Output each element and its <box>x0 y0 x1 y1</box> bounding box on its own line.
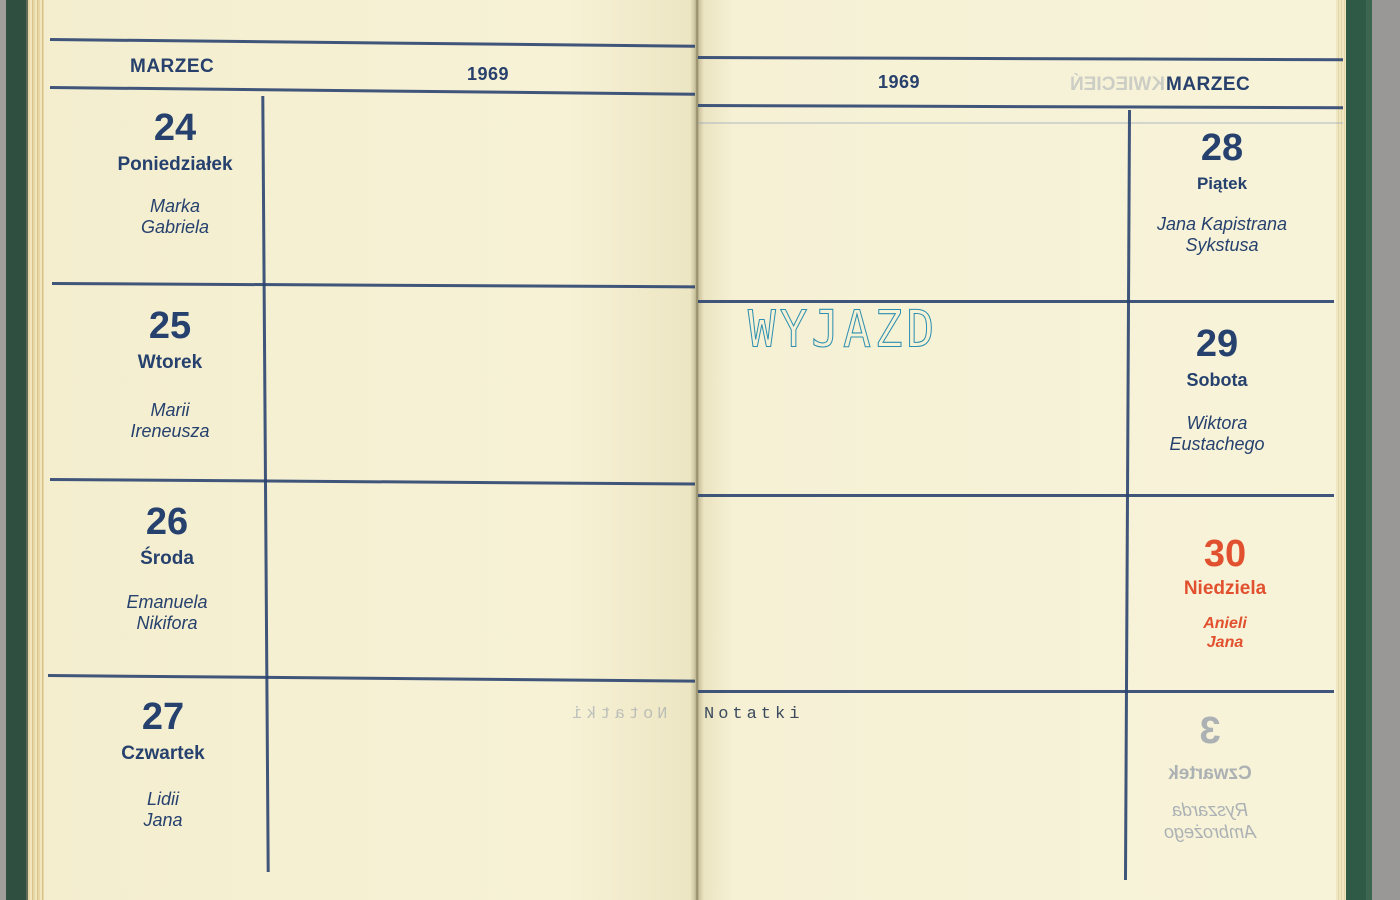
row-rule <box>698 690 1334 693</box>
notes-label-ghost: Notatki <box>568 705 667 724</box>
day-entry-29: 29 Sobota Wiktora Eustachego <box>1117 324 1317 455</box>
ghost-header-text: KWIECIEŃ <box>1070 74 1165 96</box>
saint-name: Lidii <box>147 789 179 809</box>
day-number: 26 <box>67 502 267 542</box>
day-entry-27: 27 Czwartek Lidii Jana <box>63 697 263 831</box>
name-day-saints: Jana Kapistrana Sykstusa <box>1122 214 1322 256</box>
day-number: 29 <box>1117 324 1317 364</box>
day-entry-25: 25 Wtorek Marii Ireneusza <box>70 306 270 442</box>
day-entry-30-sunday: 30 Niedziela Anieli Jana <box>1125 534 1325 652</box>
ghost-day-number: 3 <box>1110 710 1310 753</box>
day-number: 25 <box>70 306 270 346</box>
saint-name: Ireneusza <box>130 421 209 441</box>
book-cover-right <box>1346 0 1400 900</box>
weekday-name: Sobota <box>1117 370 1317 391</box>
day-number: 27 <box>63 697 263 737</box>
weekday-name: Wtorek <box>70 352 270 374</box>
saint-name: Jana Kapistrana <box>1157 214 1287 234</box>
book-gutter <box>690 0 704 900</box>
day-entry-28: 28 Piątek Jana Kapistrana Sykstusa <box>1122 128 1322 256</box>
ghost-saint: Ryszarda <box>1172 800 1248 820</box>
saint-name: Jana <box>1207 634 1243 651</box>
saint-name: Anieli <box>1203 615 1247 632</box>
saint-name: Jana <box>143 810 182 830</box>
left-month-header: MARZEC <box>130 56 214 78</box>
weekday-name: Niedziela <box>1125 578 1325 600</box>
right-month-header: MARZEC <box>1166 74 1250 96</box>
weekday-name: Czwartek <box>63 743 263 765</box>
ghost-weekday: Czwartek <box>1110 763 1310 785</box>
book-cover-left <box>0 0 30 900</box>
day-number: 24 <box>75 108 275 148</box>
weekday-name: Piątek <box>1122 174 1322 194</box>
saint-name: Emanuela <box>126 592 207 612</box>
day-entry-24: 24 Poniedziałek Marka Gabriela <box>75 108 275 238</box>
day-entry-26: 26 Środa Emanuela Nikifora <box>67 502 267 634</box>
day-number: 30 <box>1125 534 1325 574</box>
weekday-name: Poniedziałek <box>75 154 275 176</box>
name-day-saints: Marka Gabriela <box>75 196 275 238</box>
saint-name: Gabriela <box>141 217 209 237</box>
name-day-saints: Lidii Jana <box>63 789 263 831</box>
name-day-saints: Marii Ireneusza <box>70 400 270 442</box>
left-year-header: 1969 <box>467 64 509 85</box>
name-day-saints: Emanuela Nikifora <box>67 592 267 634</box>
ghost-saint: Ambrożego <box>1164 822 1256 842</box>
notes-label: Notatki <box>704 705 803 724</box>
handwritten-note: WYJAZD <box>748 299 938 358</box>
name-day-saints: Anieli Jana <box>1125 614 1325 652</box>
ghost-saints: Ryszarda Ambrożego <box>1110 799 1310 843</box>
day-number: 28 <box>1122 128 1322 168</box>
weekday-name: Środa <box>67 548 267 570</box>
saint-name: Wiktora <box>1187 413 1248 433</box>
right-year-header: 1969 <box>878 72 920 93</box>
row-rule <box>698 494 1334 497</box>
saint-name: Marii <box>151 400 190 420</box>
ghost-rule <box>698 122 1343 124</box>
saint-name: Marka <box>150 196 200 216</box>
saint-name: Sykstusa <box>1185 235 1258 255</box>
name-day-saints: Wiktora Eustachego <box>1117 413 1317 455</box>
ghost-day-entry: 3 Czwartek Ryszarda Ambrożego <box>1110 710 1310 843</box>
saint-name: Nikifora <box>136 613 197 633</box>
saint-name: Eustachego <box>1169 434 1264 454</box>
